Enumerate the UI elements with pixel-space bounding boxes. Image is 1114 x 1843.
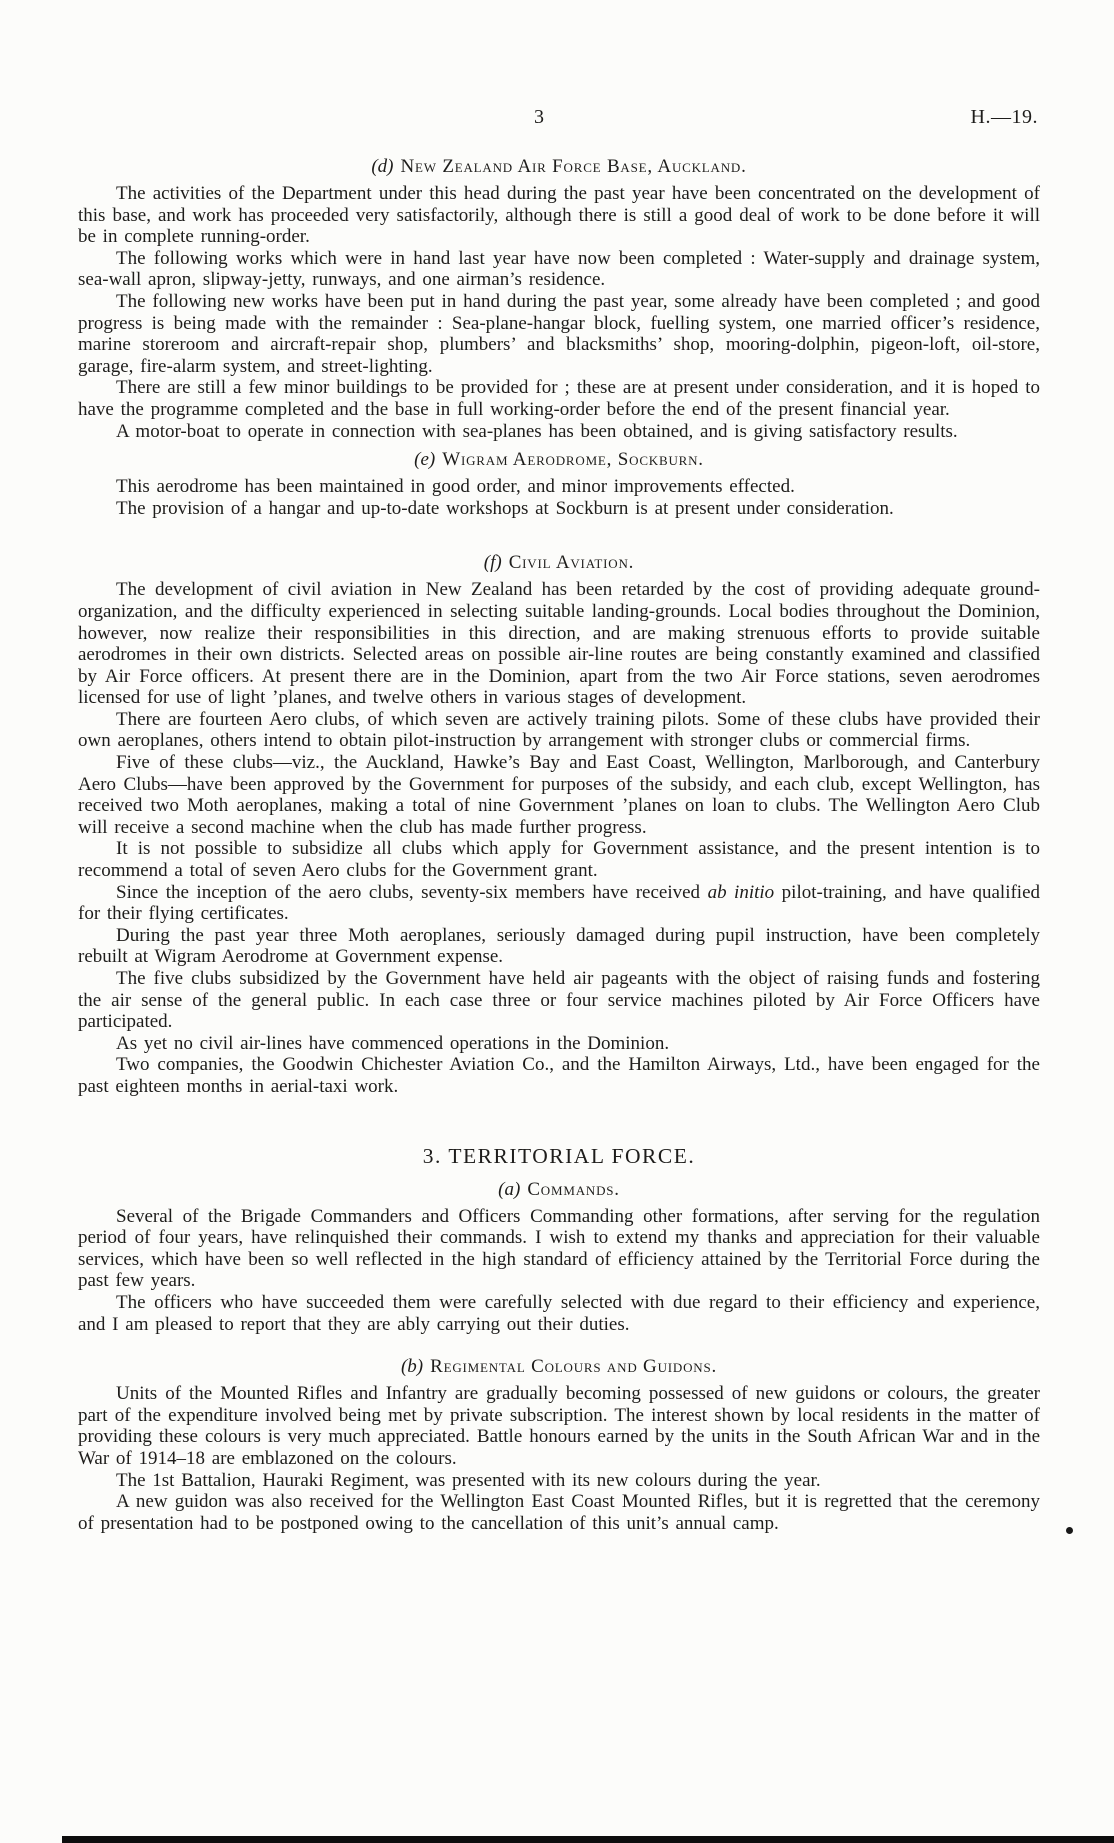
paragraph: As yet no civil air-lines have commenced… (78, 1033, 1040, 1055)
subsection-heading: (a)Commands. (78, 1179, 1040, 1201)
page-header: 3 H.—19. (78, 106, 1040, 132)
heading-letter: (b) (401, 1356, 423, 1377)
paragraph: During the past year three Moth aeroplan… (78, 925, 1040, 968)
heading-title: Regimental Colours and Guidons. (430, 1356, 717, 1377)
heading-title: Civil Aviation. (509, 552, 635, 573)
paragraph: Units of the Mounted Rifles and Infantry… (78, 1383, 1040, 1469)
paragraph: Five of these clubs—viz., the Auckland, … (78, 752, 1040, 838)
document-page: 3 H.—19. (d)New Zealand Air Force Base, … (0, 0, 1114, 1843)
heading-letter: (e) (414, 449, 435, 470)
paragraph: There are fourteen Aero clubs, of which … (78, 709, 1040, 752)
section-heading: 3. TERRITORIAL FORCE. (78, 1144, 1040, 1169)
subsection-heading: (e)Wigram Aerodrome, Sockburn. (78, 449, 1040, 471)
paragraph: The provision of a hangar and up-to-date… (78, 498, 1040, 520)
paragraph: The activities of the Department under t… (78, 183, 1040, 248)
page-number: 3 (78, 106, 1000, 129)
ink-spot-artifact (1066, 1527, 1073, 1534)
spacer (78, 1335, 1040, 1349)
paragraph: It is not possible to subsidize all club… (78, 838, 1040, 881)
paragraph: Since the inception of the aero clubs, s… (78, 882, 1040, 925)
paragraph: The following new works have been put in… (78, 291, 1040, 377)
spacer (78, 519, 1040, 545)
page-content-area: 3 H.—19. (d)New Zealand Air Force Base, … (0, 0, 1114, 1534)
scan-edge-artifact (62, 1836, 1114, 1843)
heading-title: Commands. (527, 1179, 620, 1200)
paragraph: The development of civil aviation in New… (78, 579, 1040, 709)
heading-letter: (d) (371, 156, 393, 177)
paragraph: There are still a few minor buildings to… (78, 377, 1040, 420)
paragraph: A new guidon was also received for the W… (78, 1491, 1040, 1534)
paragraph: The following works which were in hand l… (78, 248, 1040, 291)
heading-letter: (f) (484, 552, 502, 573)
subsection-heading: (f)Civil Aviation. (78, 552, 1040, 574)
paragraph: The officers who have succeeded them wer… (78, 1292, 1040, 1335)
heading-letter: (a) (498, 1179, 520, 1200)
paragraph: Several of the Brigade Commanders and Of… (78, 1206, 1040, 1292)
doc-reference: H.—19. (971, 106, 1038, 129)
paragraph: A motor-boat to operate in connection wi… (78, 421, 1040, 443)
italic-phrase: ab initio (708, 882, 775, 903)
paragraph: The 1st Battalion, Hauraki Regiment, was… (78, 1470, 1040, 1492)
heading-title: New Zealand Air Force Base, Auckland. (400, 156, 746, 177)
subsection-heading: (d)New Zealand Air Force Base, Auckland. (78, 156, 1040, 178)
paragraph: Two companies, the Goodwin Chichester Av… (78, 1054, 1040, 1097)
spacer (78, 1098, 1040, 1144)
paragraph: The five clubs subsidized by the Governm… (78, 968, 1040, 1033)
subsection-heading: (b)Regimental Colours and Guidons. (78, 1356, 1040, 1378)
document-content: (d)New Zealand Air Force Base, Auckland.… (78, 156, 1040, 1534)
paragraph: This aerodrome has been maintained in go… (78, 476, 1040, 498)
heading-title: Wigram Aerodrome, Sockburn. (442, 449, 704, 470)
